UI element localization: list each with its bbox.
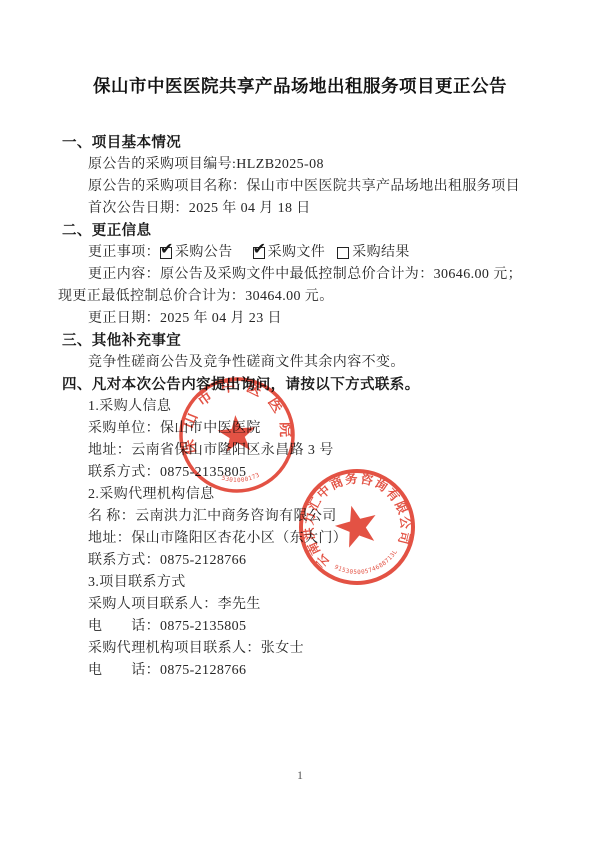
correction-content-line: 更正内容：原公告及采购文件中最低控制总价合计为：30646.00 元； <box>58 264 542 286</box>
correction-items-line: 更正事项： ✔ 采购公告 ✔ 采购文件 采购结果 <box>58 242 542 264</box>
agency-contact-line: 采购代理机构项目联系人：张女士 <box>58 638 542 660</box>
checkbox-unchecked-icon <box>337 247 349 259</box>
correction-date-line: 更正日期：2025 年 04 月 23 日 <box>58 308 542 330</box>
checkbox-checked-icon: ✔ <box>160 247 172 259</box>
checkbox-item-announcement: ✔ 采购公告 <box>160 242 233 264</box>
checkbox-item-results: 采购结果 <box>337 242 410 264</box>
checkbox-item-documents: ✔ 采购文件 <box>253 242 326 264</box>
check-icon: ✔ <box>253 241 267 257</box>
star-icon <box>331 500 382 549</box>
checkbox-label-documents: 采购文件 <box>268 242 326 264</box>
original-project-name-line: 原公告的采购项目名称：保山市中医医院共享产品场地出租服务项目 <box>58 176 542 198</box>
checkbox-checked-icon: ✔ <box>253 247 265 259</box>
seal-number-text: 5301000173 <box>220 471 262 485</box>
first-announce-date-line: 首次公告日期：2025 年 04 月 18 日 <box>58 198 542 220</box>
correction-items-label: 更正事项： <box>88 242 160 264</box>
checkbox-label-results: 采购结果 <box>352 242 410 264</box>
original-project-code-line: 原公告的采购项目编号:HLZB2025-08 <box>58 154 542 176</box>
page-number: 1 <box>0 768 600 783</box>
checkbox-label-announcement: 采购公告 <box>175 242 233 264</box>
correction-content-wrap-line: 现更正最低控制总价合计为：30464.00 元。 <box>58 286 542 308</box>
seal-number-text: 91530500574688713L <box>332 547 403 583</box>
section-1-heading: 一、项目基本情况 <box>58 132 542 154</box>
check-icon: ✔ <box>160 241 174 257</box>
star-icon <box>216 413 257 452</box>
agency-contact-phone-line: 电 话：0875-2128766 <box>58 660 542 682</box>
section-2-heading: 二、更正信息 <box>58 220 542 242</box>
document-page: 保山市中医医院共享产品场地出租服务项目更正公告 一、项目基本情况 原公告的采购项… <box>0 0 600 849</box>
page-title: 保山市中医医院共享产品场地出租服务项目更正公告 <box>58 74 542 98</box>
